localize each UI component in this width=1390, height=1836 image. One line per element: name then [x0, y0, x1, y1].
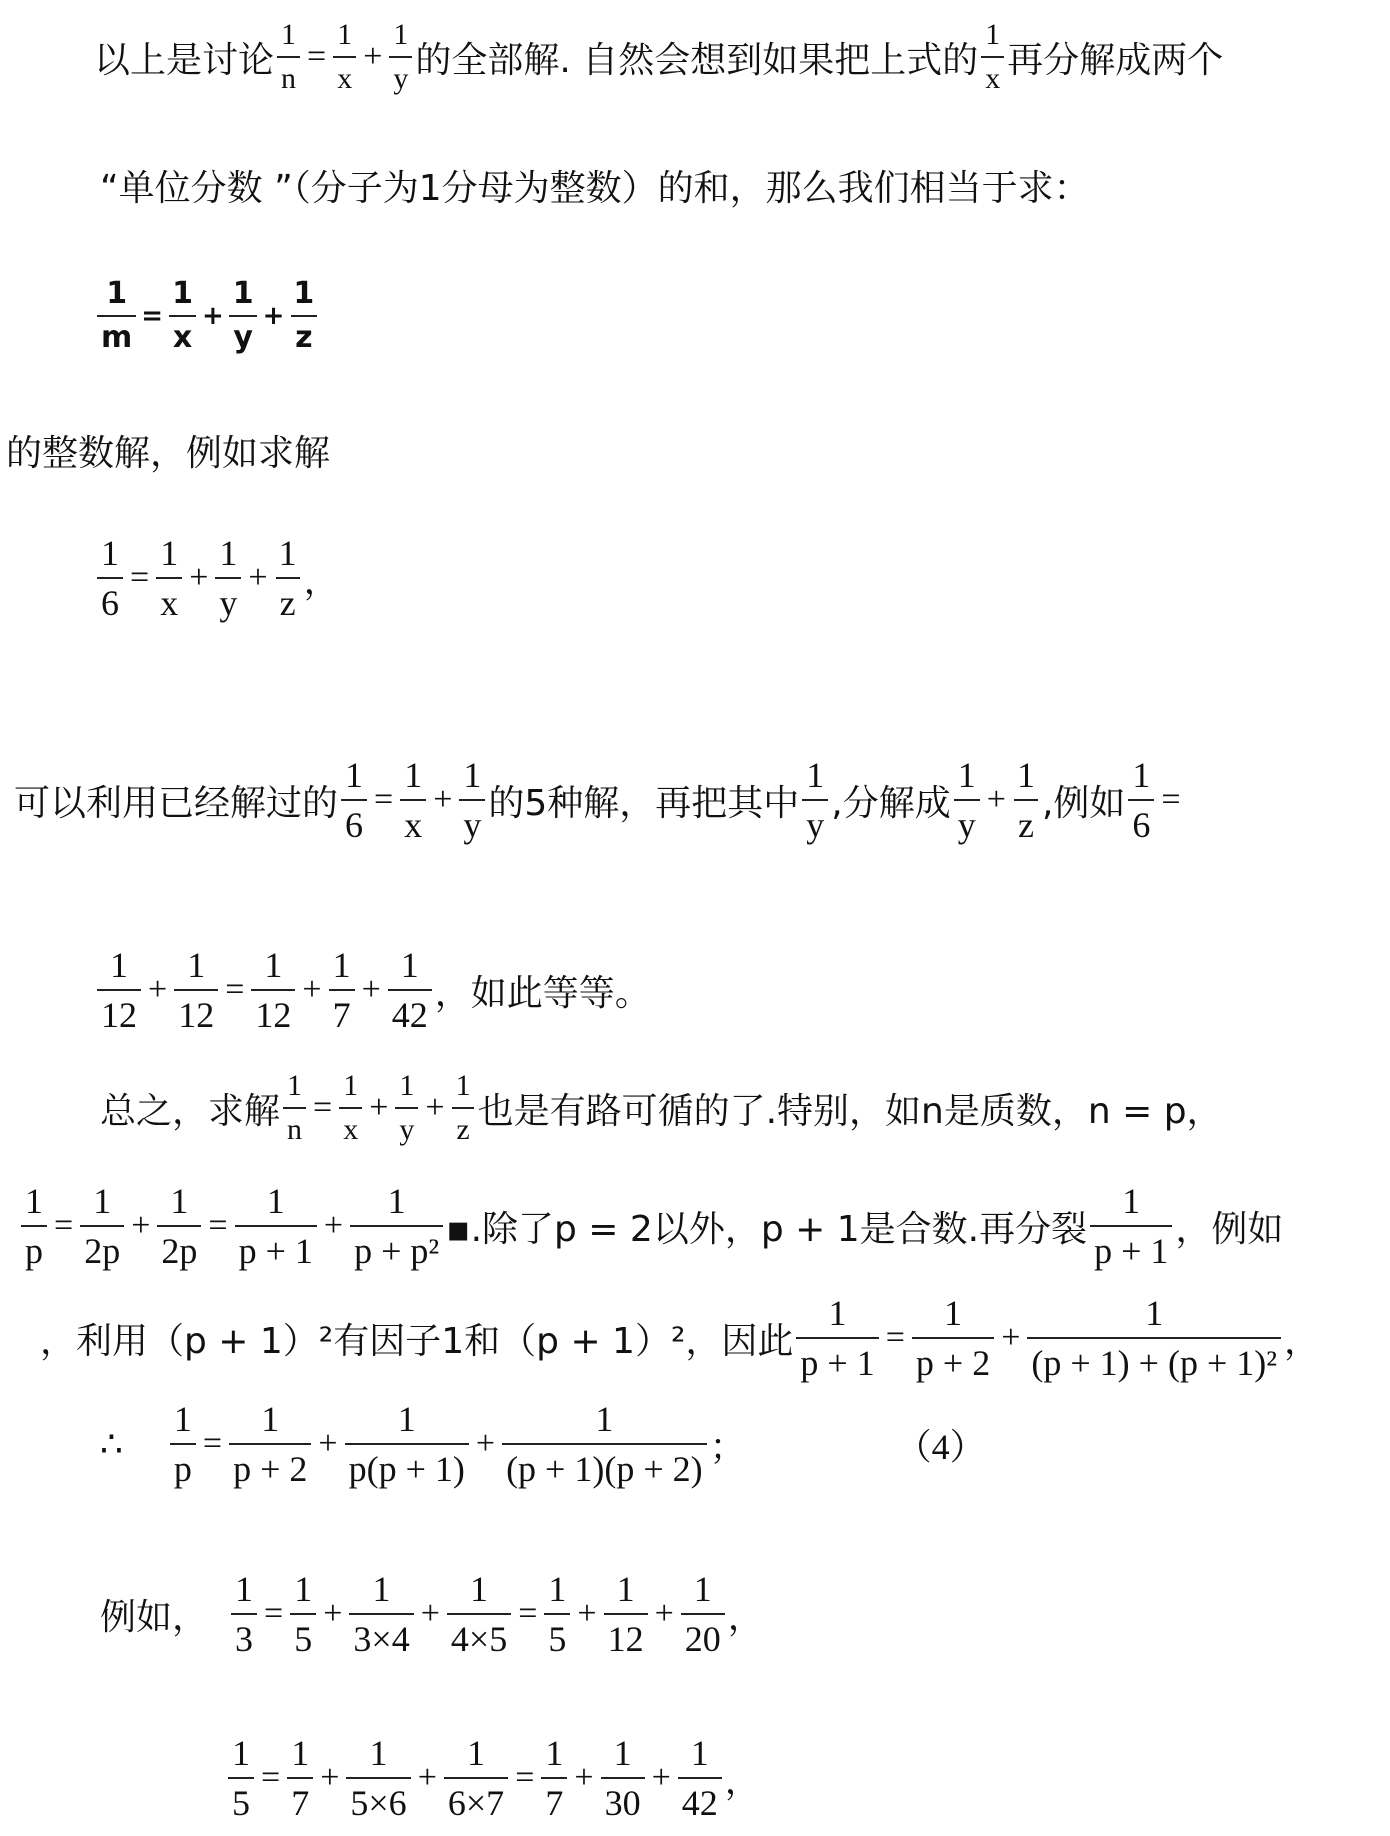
- line-3-formula: 1m = 1x + 1y + 1z: [94, 268, 321, 364]
- fraction-1-over-12: 112: [97, 947, 141, 1033]
- plus-sign: +: [263, 301, 285, 331]
- fraction-1-over-5x6: 15×6: [346, 1735, 410, 1821]
- semicolon: ；: [710, 1419, 746, 1470]
- fraction-1-over-12: 112: [604, 1571, 648, 1657]
- fraction-1-over-m: 1m: [97, 279, 136, 353]
- line-6-mid1: 的5种解，再把其中: [488, 775, 799, 826]
- line-2: “单位分数 ”（分子为1分母为整数）的和，那么我们相当于求：: [100, 160, 1090, 210]
- fraction-1-over-7: 17: [541, 1735, 567, 1821]
- fraction-1-over-p-plus-1: 1p + 1: [796, 1295, 878, 1381]
- plus-sign: +: [148, 971, 167, 1009]
- equals-sign: =: [264, 1595, 283, 1633]
- fraction-1-over-y: 1y: [215, 535, 241, 621]
- line-7: 112 + 112 = 112 + 17 + 142 ，如此等等。: [94, 942, 651, 1038]
- fraction-1-over-z: 1z: [289, 279, 318, 353]
- fraction-1-over-p-times-p-plus-1: 1p(p + 1): [345, 1401, 469, 1487]
- plus-sign: +: [1001, 1319, 1020, 1357]
- plus-sign: +: [362, 971, 381, 1009]
- fraction-1-over-6x7: 16×7: [444, 1735, 508, 1821]
- line-8: 总之，求解 1n = 1x + 1y + 1z 也是有路可循的了.特别，如n是质…: [100, 1060, 1223, 1156]
- equals-sign: =: [518, 1595, 537, 1633]
- line-9-suffix: ，例如: [1175, 1201, 1283, 1252]
- equals-sign: =: [225, 971, 244, 1009]
- equals-sign: =: [886, 1319, 905, 1357]
- line-10-prefix: ，利用（p + 1）²有因子1和（p + 1）²，因此: [40, 1313, 793, 1364]
- fraction-1-over-x: 1x: [339, 1071, 362, 1145]
- fraction-1-over-n: 1n: [277, 20, 300, 94]
- line-1: 以上是讨论 1n = 1x + 1y 的全部解. 自然会想到如果把上式的 1x …: [94, 12, 1223, 102]
- fraction-1-over-p: 1p: [21, 1183, 47, 1269]
- line-13-example: 15 = 17 + 15×6 + 16×7 = 17 + 130 + 142 ，: [225, 1730, 761, 1826]
- comma: ，: [728, 1589, 764, 1640]
- equals-sign: =: [54, 1207, 73, 1245]
- plus-sign: +: [476, 1425, 495, 1463]
- fraction-1-over-7: 17: [329, 947, 355, 1033]
- fraction-1-over-x: 1x: [333, 20, 356, 94]
- fraction-1-over-x: 1x: [156, 535, 182, 621]
- fraction-1-over-y: 1y: [389, 20, 412, 94]
- therefore-symbol: ∴: [100, 1423, 123, 1465]
- equals-sign: =: [374, 781, 393, 819]
- fraction-1-over-6: 16: [341, 757, 367, 843]
- fraction-1-over-p-plus-2: 1p + 2: [229, 1401, 311, 1487]
- line-6-mid3: ,例如: [1042, 775, 1125, 826]
- equals-sign: =: [130, 559, 149, 597]
- line-9-mid: ▪.除了p = 2以外，p + 1是合数.再分裂: [446, 1201, 1087, 1252]
- equals-sign: =: [1161, 781, 1180, 819]
- line-10: ，利用（p + 1）²有因子1和（p + 1）²，因此 1p + 1 = 1p …: [40, 1290, 1320, 1386]
- line-6: 可以利用已经解过的 16 = 1x + 1y 的5种解，再把其中 1y ,分解成…: [14, 752, 1185, 848]
- plus-sign: +: [987, 781, 1006, 819]
- fraction-1-over-x: 1x: [168, 279, 197, 353]
- line-1-prefix: 以上是讨论: [94, 32, 274, 83]
- line-6-mid2: ,分解成: [831, 775, 950, 826]
- comma: ，: [304, 553, 340, 604]
- line-8-suffix: 也是有路可循的了.特别，如n是质数，n = p，: [478, 1083, 1223, 1134]
- fraction-1-over-2p: 12p: [80, 1183, 124, 1269]
- fraction-1-over-product: 1(p + 1)(p + 2): [502, 1401, 707, 1487]
- equals-sign: =: [313, 1089, 332, 1127]
- line-8-prefix: 总之，求解: [100, 1083, 280, 1134]
- fraction-1-over-7: 17: [287, 1735, 313, 1821]
- plus-sign: +: [655, 1595, 674, 1633]
- fraction-1-over-42: 142: [678, 1735, 722, 1821]
- fraction-1-over-3: 13: [231, 1571, 257, 1657]
- equals-sign: =: [141, 301, 163, 331]
- plus-sign: +: [320, 1759, 339, 1797]
- fraction-1-over-5: 15: [290, 1571, 316, 1657]
- equals-sign: =: [208, 1207, 227, 1245]
- example-label: 例如，: [100, 1589, 208, 1640]
- plus-sign: +: [131, 1207, 150, 1245]
- fraction-1-over-p-plus-2: 1p + 2: [912, 1295, 994, 1381]
- plus-sign: +: [318, 1425, 337, 1463]
- fraction-1-over-z: 1z: [275, 535, 301, 621]
- equals-sign: =: [515, 1759, 534, 1797]
- line-5-formula: 16 = 1x + 1y + 1z ，: [94, 530, 340, 626]
- fraction-1-over-x-2: 1x: [981, 20, 1004, 94]
- plus-sign: +: [363, 38, 382, 76]
- line-9: 1p = 12p + 12p = 1p + 1 + 1p + p² ▪.除了p …: [18, 1178, 1283, 1274]
- fraction-1-over-2p: 12p: [157, 1183, 201, 1269]
- fraction-1-over-p: 1p: [170, 1401, 196, 1487]
- fraction-1-over-y-3: 1y: [954, 757, 980, 843]
- equals-sign: =: [261, 1759, 280, 1797]
- line-1-suffix: 再分解成两个: [1007, 32, 1223, 83]
- plus-sign: +: [324, 1207, 343, 1245]
- line-4-text: 的整数解，例如求解: [6, 425, 330, 476]
- fraction-1-over-y: 1y: [229, 279, 258, 353]
- fraction-1-over-z: 1z: [1013, 757, 1039, 843]
- fraction-1-over-3x4: 13×4: [349, 1571, 413, 1657]
- plus-sign: +: [323, 1595, 342, 1633]
- plus-sign: +: [189, 559, 208, 597]
- equals-sign: =: [307, 38, 326, 76]
- fraction-1-over-30: 130: [601, 1735, 645, 1821]
- plus-sign: +: [425, 1089, 444, 1127]
- plus-sign: +: [418, 1759, 437, 1797]
- plus-sign: +: [369, 1089, 388, 1127]
- fraction-1-over-6-2: 16: [1128, 757, 1154, 843]
- fraction-1-over-x: 1x: [400, 757, 426, 843]
- line-1-mid: 的全部解. 自然会想到如果把上式的: [415, 32, 978, 83]
- fraction-1-over-42: 142: [388, 947, 432, 1033]
- plus-sign: +: [302, 971, 321, 1009]
- fraction-1-over-12: 112: [251, 947, 295, 1033]
- plus-sign: +: [248, 559, 267, 597]
- fraction-1-over-n: 1n: [283, 1071, 306, 1145]
- fraction-1-over-sum-of-squares: 1(p + 1) + (p + 1)²: [1027, 1295, 1281, 1381]
- line-11-formula-4: ∴ 1p = 1p + 2 + 1p(p + 1) + 1(p + 1)(p +…: [100, 1396, 1100, 1492]
- equals-sign: =: [203, 1425, 222, 1463]
- plus-sign: +: [652, 1759, 671, 1797]
- line-2-text: “单位分数 ”（分子为1分母为整数）的和，那么我们相当于求：: [100, 160, 1090, 211]
- fraction-1-over-12: 112: [174, 947, 218, 1033]
- fraction-1-over-z: 1z: [452, 1071, 475, 1145]
- comma: ，: [725, 1753, 761, 1804]
- equation-label: （4）: [896, 1419, 986, 1470]
- plus-sign: +: [202, 301, 224, 331]
- fraction-1-over-y: 1y: [395, 1071, 418, 1145]
- fraction-1-over-y: 1y: [459, 757, 485, 843]
- fraction-1-over-6: 16: [97, 535, 123, 621]
- fraction-1-over-5: 15: [228, 1735, 254, 1821]
- fraction-1-over-20: 120: [681, 1571, 725, 1657]
- fraction-1-over-5: 15: [544, 1571, 570, 1657]
- fraction-1-over-p-plus-p-squared: 1p + p²: [350, 1183, 443, 1269]
- plus-sign: +: [421, 1595, 440, 1633]
- fraction-1-over-y-2: 1y: [802, 757, 828, 843]
- line-7-suffix: ，如此等等。: [435, 965, 651, 1016]
- fraction-1-over-4x5: 14×5: [447, 1571, 511, 1657]
- plus-sign: +: [574, 1759, 593, 1797]
- fraction-1-over-p-plus-1: 1p + 1: [235, 1183, 317, 1269]
- line-6-prefix: 可以利用已经解过的: [14, 775, 338, 826]
- comma: ，: [1284, 1313, 1320, 1364]
- plus-sign: +: [577, 1595, 596, 1633]
- line-12-example: 例如， 13 = 15 + 13×4 + 14×5 = 15 + 112 + 1…: [100, 1566, 764, 1662]
- line-4: 的整数解，例如求解: [6, 425, 330, 475]
- fraction-1-over-p-plus-1-2: 1p + 1: [1090, 1183, 1172, 1269]
- plus-sign: +: [433, 781, 452, 819]
